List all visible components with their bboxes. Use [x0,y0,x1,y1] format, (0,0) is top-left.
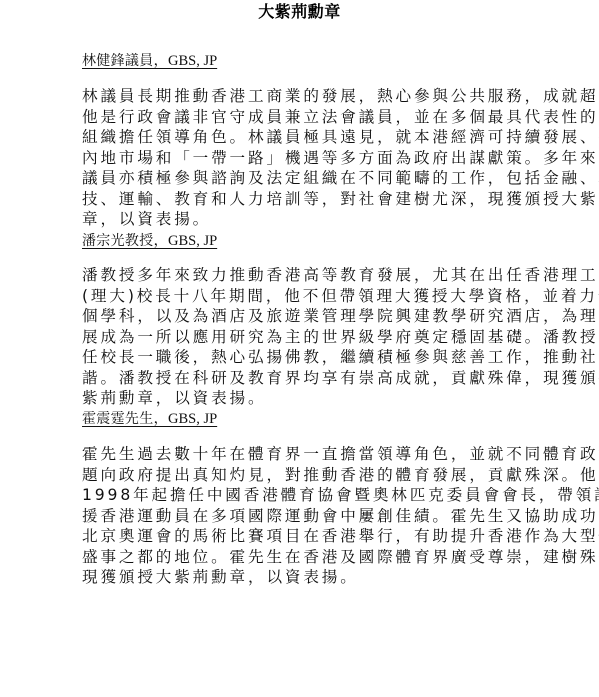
citation-line: 盛事之都的地位。霍先生在香港及國際體育界廣受尊崇，建樹殊偉， [82,547,518,568]
awardee-name-heading: 霍震霆先生，GBS, JP [82,410,217,428]
awardee-name-heading: 潘宗光教授，GBS, JP [82,232,217,250]
citation-line: 1998年起擔任中國香港體育協會暨奧林匹克委員會會長，帶領該會支 [82,485,518,506]
citation-line: 任校長一職後，熱心弘揚佛教，繼續積極參與慈善工作，推動社會和 [82,347,518,368]
citation-text: 潘教授多年來致力推動香港高等教育發展，尤其在出任香港理工大學 (理大)校長十八年… [82,265,518,409]
citation-line: 北京奧運會的馬術比賽項目在香港舉行，有助提升香港作為大型體育 [82,526,518,547]
citation-line: 他是行政會議非官守成員兼立法會議員，並在多個最具代表性的工商 [82,107,518,128]
citation-line: 題向政府提出真知灼見，對推動香港的體育發展，貢獻殊深。他自 [82,465,518,486]
awardee-name: 霍震霆先生 [82,411,154,427]
citation-text: 霍先生過去數十年在體育界一直擔當領導角色，並就不同體育政策議 題向政府提出真知灼… [82,444,518,588]
page-title: 大紫荊勳章 [0,0,599,24]
citation-line: 紫荊勳章，以資表揚。 [82,388,518,409]
citation-paragraph-poon-chung-kwong: 潘教授多年來致力推動香港高等教育發展，尤其在出任香港理工大學 (理大)校長十八年… [82,265,518,409]
awardee-titles: ，GBS, JP [154,411,218,427]
citation-line: 援香港運動員在多項國際運動會中屢創佳績。霍先生又協助成功爭取 [82,506,518,527]
awardee-name: 潘宗光教授 [82,233,154,249]
citation-line: 展成為一所以應用研究為主的世界級學府奠定穩固基礎。潘教授在卸 [82,327,518,348]
citation-line: 潘教授多年來致力推動香港高等教育發展，尤其在出任香港理工大學 [82,265,518,286]
citation-line: 章，以資表揚。 [82,209,518,230]
citation-line: (理大)校長十八年期間，他不但帶領理大獲授大學資格，並着力發展多 [82,286,518,307]
section-heading-fok-chun-ting: 霍震霆先生，GBS, JP [82,410,518,428]
citation-line: 內地市場和「一帶一路」機遇等多方面為政府出謀獻策。多年來，林 [82,148,518,169]
awardee-name: 林健鋒議員 [82,53,154,69]
citation-text: 林議員長期推動香港工商業的發展，熱心參與公共服務，成就超卓。 他是行政會議非官守… [82,86,518,230]
citation-line: 現獲頒授大紫荊勳章，以資表揚。 [82,567,518,588]
citation-paragraph-fok-chun-ting: 霍先生過去數十年在體育界一直擔當領導角色，並就不同體育政策議 題向政府提出真知灼… [82,444,518,588]
citation-line: 霍先生過去數十年在體育界一直擔當領導角色，並就不同體育政策議 [82,444,518,465]
citation-line: 個學科，以及為酒店及旅遊業管理學院興建教學研究酒店，為理大發 [82,306,518,327]
citation-line: 林議員長期推動香港工商業的發展，熱心參與公共服務，成就超卓。 [82,86,518,107]
section-heading-lam-kin-fung: 林健鋒議員，GBS, JP [82,52,518,70]
citation-line: 議員亦積極參與諮詢及法定組織在不同範疇的工作，包括金融、科 [82,168,518,189]
awardee-name-heading: 林健鋒議員，GBS, JP [82,52,217,70]
citation-paragraph-lam-kin-fung: 林議員長期推動香港工商業的發展，熱心參與公共服務，成就超卓。 他是行政會議非官守… [82,86,518,230]
section-heading-poon-chung-kwong: 潘宗光教授，GBS, JP [82,232,518,250]
citation-line: 組織擔任領導角色。林議員極具遠見，就本港經濟可持續發展、把握 [82,127,518,148]
citation-line: 技、運輸、教育和人力培訓等，對社會建樹尤深，現獲頒授大紫荊勳 [82,189,518,210]
awardee-titles: ，GBS, JP [154,233,218,249]
citation-line: 諧。潘教授在科研及教育界均享有崇高成就，貢獻殊偉，現獲頒授大 [82,368,518,389]
awardee-titles: ，GBS, JP [154,53,218,69]
